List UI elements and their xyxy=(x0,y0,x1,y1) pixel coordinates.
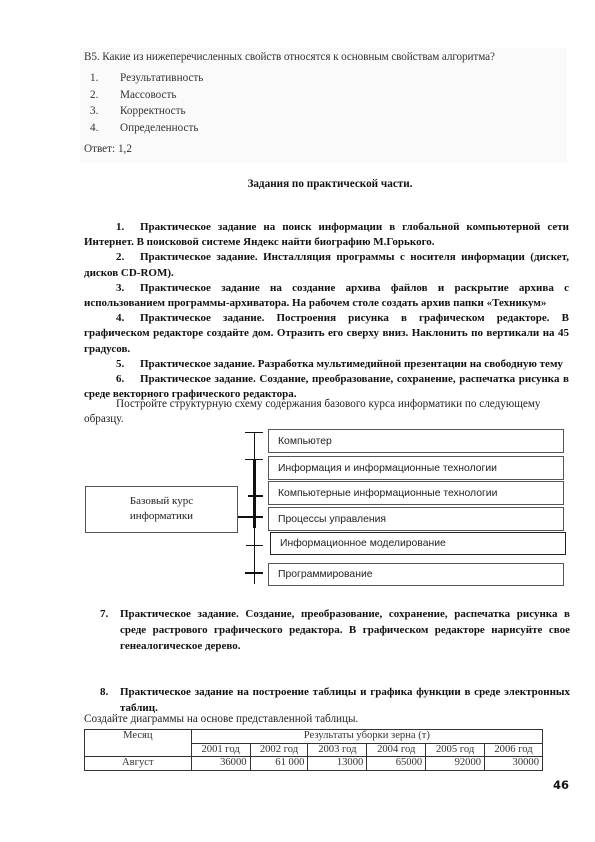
connector-tick xyxy=(248,495,263,497)
option-item: 1.Результативность xyxy=(90,72,203,89)
task-text: Практическое задание. Инсталляция програ… xyxy=(84,251,569,278)
practice-task: 4.Практическое задание. Построения рисун… xyxy=(84,311,569,357)
practice-task: 5.Практическое задание. Разработка мульт… xyxy=(84,357,569,372)
scheme-branch-box: Компьютер xyxy=(268,429,564,453)
scheme-instruction: Постройте структурную схему содержания б… xyxy=(84,397,569,427)
scheme-branch-label: Программирование xyxy=(278,569,373,580)
connector-tick xyxy=(245,572,263,574)
cell-value: 30000 xyxy=(485,757,543,771)
header-year: 2005 год xyxy=(426,743,485,757)
cell-value: 65000 xyxy=(367,757,426,771)
question-b5-options: 1.Результативность 2.Массовость 3.Коррек… xyxy=(90,72,203,138)
task-text: Практическое задание на создание архива … xyxy=(84,282,569,309)
section-title: Задания по практической части. xyxy=(0,178,595,190)
option-label: Определенность xyxy=(120,122,199,134)
practice-task-list: 1.Практическое задание на поиск информац… xyxy=(84,220,569,402)
task-number: 8. xyxy=(100,684,108,700)
task-text: Практическое задание. Построения рисунка… xyxy=(84,312,569,354)
option-item: 2.Массовость xyxy=(90,89,203,106)
header-year: 2003 год xyxy=(308,743,367,757)
practice-task: 8. Практическое задание на построение та… xyxy=(100,684,570,716)
scheme-root-line: Базовый курс xyxy=(86,494,237,509)
practice-task: 2.Практическое задание. Инсталляция прог… xyxy=(84,250,569,280)
option-number: 4. xyxy=(90,122,120,134)
task-text: Практическое задание. Создание, преобраз… xyxy=(120,606,570,654)
header-year: 2001 год xyxy=(191,743,250,757)
scheme-branch-box: Информация и информационные технологии xyxy=(268,456,564,480)
scheme-branch-label: Компьютерные информационные технологии xyxy=(278,488,497,499)
task-number: 3. xyxy=(116,281,140,296)
connector-tick xyxy=(238,516,263,518)
practice-task: 7. Практическое задание. Создание, преоб… xyxy=(100,606,570,654)
practice-task: 3.Практическое задание на создание архив… xyxy=(84,281,569,311)
option-item: 4.Определенность xyxy=(90,122,203,139)
question-b5-answer: Ответ: 1,2 xyxy=(84,143,132,155)
connector-tick xyxy=(245,459,263,460)
scheme-branch-label: Информационное моделирование xyxy=(280,538,446,549)
practice-task: 1.Практическое задание на поиск информац… xyxy=(84,220,569,250)
option-label: Результативность xyxy=(120,72,203,84)
cell-value: 13000 xyxy=(308,757,367,771)
scheme-branch-label: Компьютер xyxy=(278,436,332,447)
scheme-branch-label: Информация и информационные технологии xyxy=(278,463,497,474)
header-year: 2002 год xyxy=(250,743,308,757)
task-number: 2. xyxy=(116,250,140,265)
table-intro: Создайте диаграммы на основе представлен… xyxy=(84,713,358,725)
page-number: 46 xyxy=(553,778,569,792)
option-label: Массовость xyxy=(120,89,176,101)
grain-harvest-table: Месяц Результаты уборки зерна (т) 2001 г… xyxy=(84,729,543,771)
option-number: 1. xyxy=(90,72,120,84)
scheme-branch-box: Программирование xyxy=(268,563,564,586)
scheme-branch-label: Процессы управления xyxy=(278,514,386,525)
option-item: 3.Корректность xyxy=(90,105,203,122)
task-number: 7. xyxy=(100,606,108,622)
cell-month: Август xyxy=(85,757,192,771)
scheme-branch-box: Компьютерные информационные технологии xyxy=(268,481,564,505)
task-text: Практическое задание на построение табли… xyxy=(120,684,570,716)
header-group: Результаты уборки зерна (т) xyxy=(191,730,542,744)
option-number: 2. xyxy=(90,89,120,101)
option-number: 3. xyxy=(90,105,120,117)
connector-tick xyxy=(245,432,263,433)
cell-value: 61 000 xyxy=(250,757,308,771)
scheme-root-box: Базовый курс информатики xyxy=(85,486,238,533)
scheme-root-line: информатики xyxy=(86,509,237,524)
task-text: Практическое задание. Разработка мультим… xyxy=(140,358,563,370)
task-number: 5. xyxy=(116,357,140,372)
question-b5-text: В5. Какие из нижеперечисленных свойств о… xyxy=(84,51,495,63)
option-label: Корректность xyxy=(120,105,186,117)
cell-value: 92000 xyxy=(426,757,485,771)
connector-tick xyxy=(246,545,263,546)
cell-value: 36000 xyxy=(191,757,250,771)
task-number: 4. xyxy=(116,311,140,326)
header-year: 2004 год xyxy=(367,743,426,757)
header-year: 2006 год xyxy=(485,743,543,757)
task-text: Практическое задание на поиск информации… xyxy=(84,221,569,248)
scheme-branch-box: Информационное моделирование xyxy=(270,532,566,555)
header-month: Месяц xyxy=(85,730,192,757)
table-row: Август 36000 61 000 13000 65000 92000 30… xyxy=(85,757,543,771)
table-header-row: Месяц Результаты уборки зерна (т) xyxy=(85,730,543,744)
scheme-branch-box: Процессы управления xyxy=(268,507,564,531)
task-number: 6. xyxy=(116,372,140,387)
task-number: 1. xyxy=(116,220,140,235)
